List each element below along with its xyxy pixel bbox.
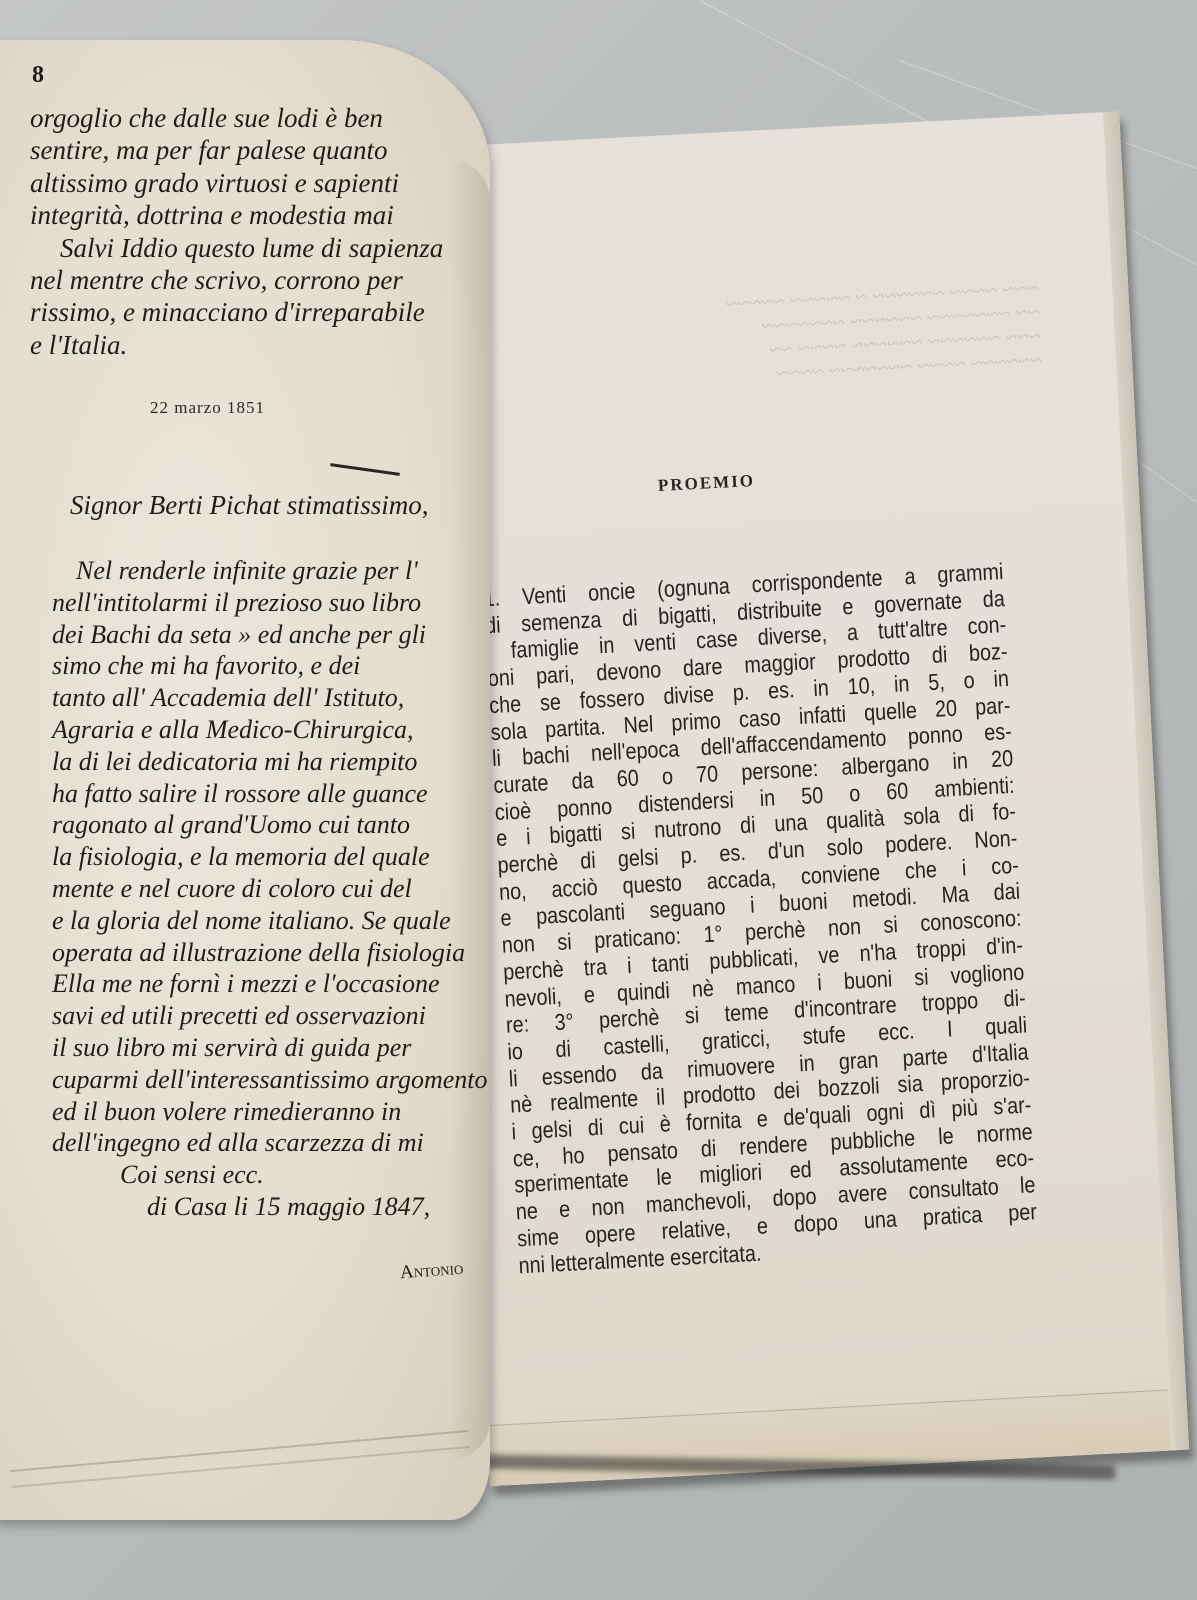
text-line: dell'ingegno ed alla scarzezza di mi — [52, 1127, 492, 1159]
text-line: dei Bachi da seta » ed anche per gli — [52, 619, 492, 651]
preface-closing-text: orgoglio che dalle sue lodi è ben sentir… — [30, 102, 500, 361]
text-line: la fisiologia, e la memoria del quale — [52, 841, 492, 873]
right-page: ~~~ ~~~~ ~~~~~~ ~ ~~~~~ ~~~~~ ~~ ~~~~~~~… — [420, 111, 1189, 1486]
text-line: nell'intitolarmi il prezioso suo libro — [52, 587, 492, 619]
text-line: savi ed utili precetti ed osservazioni — [52, 1000, 492, 1032]
text-line: e l'Italia. — [30, 329, 500, 361]
text-line: ed il buon volere rimedieranno in — [52, 1096, 492, 1128]
page-side-edge — [1103, 111, 1189, 1450]
text-line: integrità, dottrina e modestia mai — [30, 199, 500, 231]
text-line: sentire, ma per far palese quanto — [30, 134, 500, 166]
text-line: Agraria e alla Medico-Chirurgica, — [52, 714, 492, 746]
binding-seam — [10, 1430, 470, 1488]
text-line: Nel renderle infinite grazie per l' — [52, 555, 492, 587]
text-line: la di lei dedicatoria mi ha riempito — [52, 746, 492, 778]
text-line: ha fatto salire il rossore alle guance — [52, 778, 492, 810]
text-line: altissimo grado virtuosi e sapienti — [30, 167, 500, 199]
letter-signature: Antonio — [399, 1258, 464, 1284]
text-line: nel mentre che scrivo, corrono per — [30, 264, 500, 296]
preface-date: 22 marzo 1851 — [150, 398, 265, 418]
proemio-body: 1. Venti oncie (ognuna corrispondente a … — [483, 562, 966, 1279]
text-line: tanto all' Accademia dell' Istituto, — [52, 682, 492, 714]
text-line: orgoglio che dalle sue lodi è ben — [30, 102, 500, 134]
text-line: il suo libro mi servirà di guida per — [52, 1032, 492, 1064]
page-number: 8 — [32, 62, 44, 89]
text-line: rissimo, e minacciano d'irreparabile — [30, 296, 500, 328]
letter-place-date: di Casa li 15 maggio 1847, — [52, 1191, 492, 1223]
text-line: e la gloria del nome italiano. Se quale — [52, 905, 492, 937]
letter-closing: Coi sensi ecc. — [52, 1159, 492, 1191]
text-line: ragonato al grand'Uomo cui tanto — [52, 809, 492, 841]
text-line: Salvi Iddio questo lume di sapienza — [30, 232, 500, 264]
text-line: simo che mi ha favorito, e dei — [52, 650, 492, 682]
text-line: cuparmi dell'interessantissimo argomento — [52, 1064, 492, 1096]
text-line: operata ad illustrazione della fisiologi… — [52, 937, 492, 969]
chapter-heading: PROEMIO — [657, 471, 755, 496]
text-line: Ella me ne fornì i mezzi e l'occasione — [52, 968, 492, 1000]
letter-salutation: Signor Berti Pichat stimatissimo, — [70, 490, 429, 521]
letter-body: Nel renderle infinite grazie per l' nell… — [52, 555, 492, 1223]
bleed-through-text: ~~~ ~~~~ ~~~~~~ ~ ~~~~~ ~~~~~ ~~ ~~~~~~~… — [538, 276, 1042, 398]
text-line: mente e nel cuore di coloro cui del — [52, 873, 492, 905]
